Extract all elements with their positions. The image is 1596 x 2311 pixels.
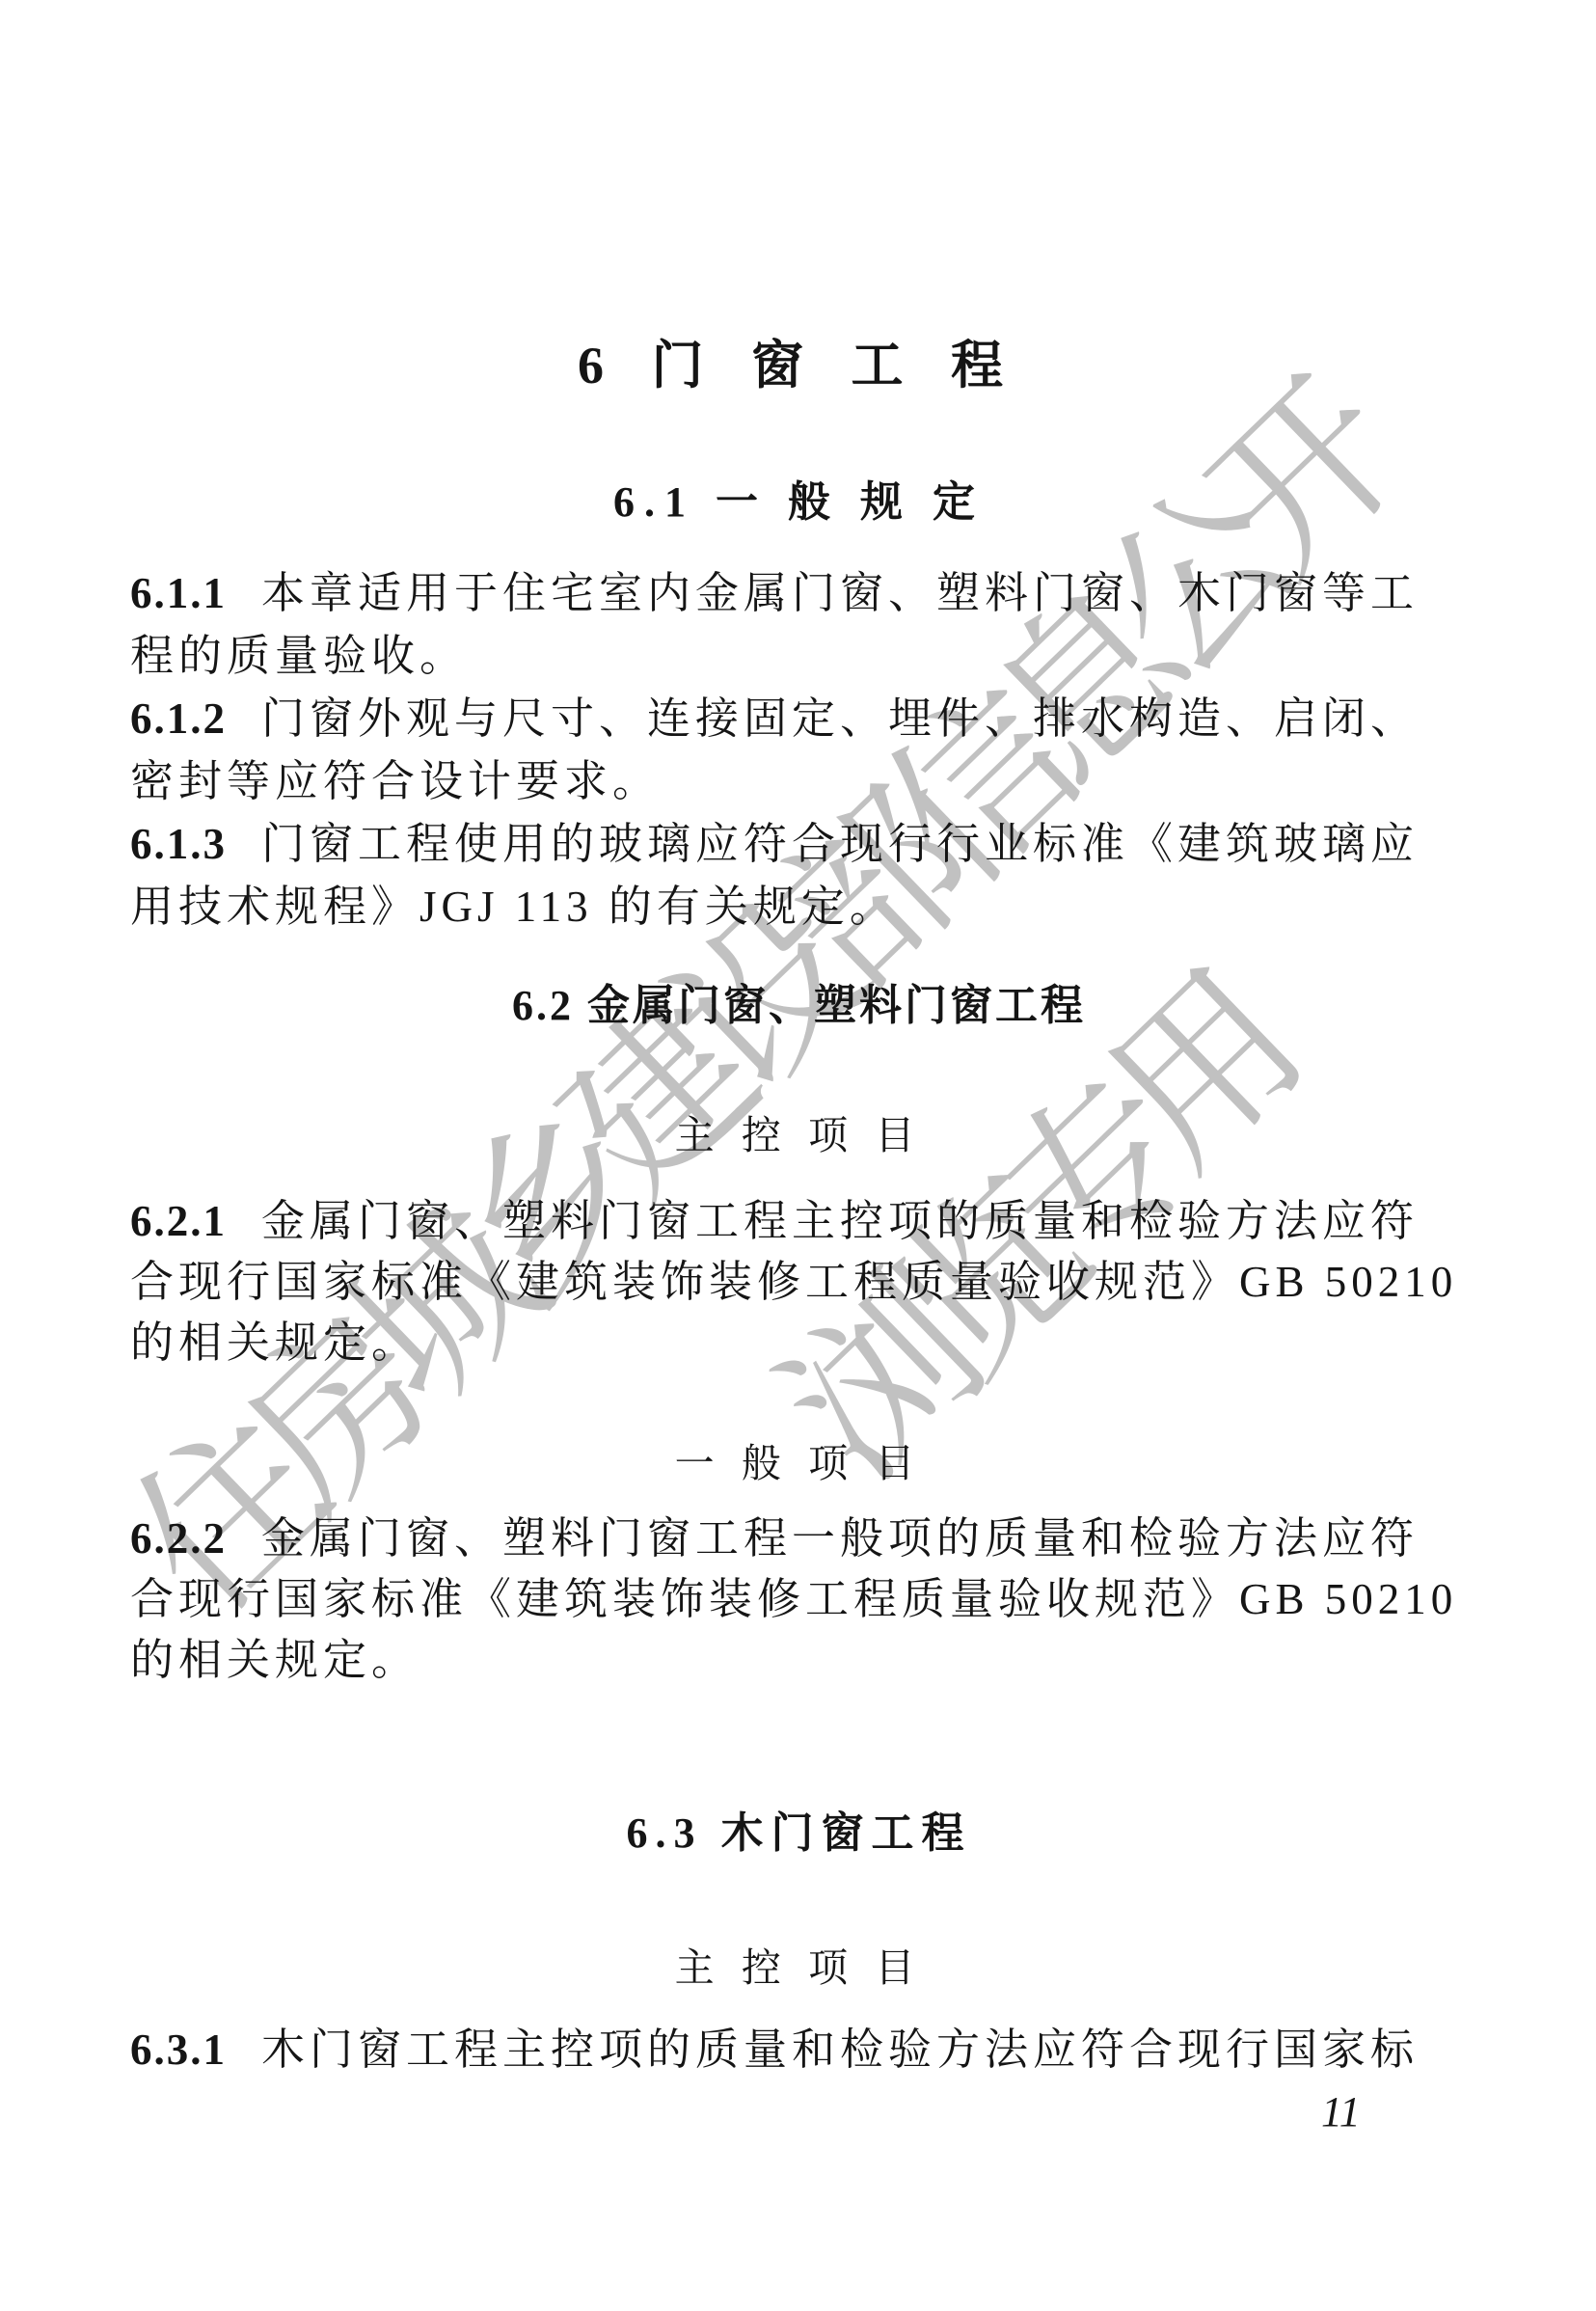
section-6-2-heading: 6.2 金属门窗、塑料门窗工程	[130, 970, 1468, 1032]
clause-6-1-3: 6.1.3门窗工程使用的玻璃应符合现行行业标准《建筑玻璃应 用技术规程》JGJ …	[130, 813, 1468, 938]
clause-6-1-2-text: 门窗外观与尺寸、连接固定、埋件、排水构造、启闭、	[261, 694, 1419, 743]
clause-6-1-1-line-2: 程的质量验收。	[130, 625, 1468, 688]
clause-6-1-3-line-2: 用技术规程》JGJ 113 的有关规定。	[130, 876, 1468, 938]
chapter-title: 6 门 窗 工 程	[130, 324, 1468, 398]
clause-6-2-1-text: 金属门窗、塑料门窗工程主控项的质量和检验方法应符	[261, 1197, 1419, 1245]
clause-6-2-1: 6.2.1金属门窗、塑料门窗工程主控项的质量和检验方法应符 合现行国家标准《建筑…	[130, 1191, 1468, 1373]
section-6-2-subhead-general: 一 般 项 目	[130, 1431, 1468, 1488]
clause-6-3-1-line-1: 6.3.1木门窗工程主控项的质量和检验方法应符合现行国家标	[130, 2019, 1468, 2081]
clause-6-1-3-text: 门窗工程使用的玻璃应符合现行行业标准《建筑玻璃应	[261, 820, 1419, 868]
clause-6-1-1-text: 本章适用于住宅室内金属门窗、塑料门窗、木门窗等工	[261, 569, 1419, 617]
clause-6-2-2-line-2: 合现行国家标准《建筑装饰装修工程质量验收规范》GB 50210	[130, 1569, 1468, 1630]
page-number: 11	[1321, 2087, 1361, 2136]
clause-6-3-1: 6.3.1木门窗工程主控项的质量和检验方法应符合现行国家标	[130, 2019, 1468, 2081]
clause-6-2-1-line-3: 的相关规定。	[130, 1313, 1468, 1373]
clause-6-2-1-number: 6.2.1	[130, 1197, 227, 1245]
clause-6-2-1-line-2: 合现行国家标准《建筑装饰装修工程质量验收规范》GB 50210	[130, 1252, 1468, 1313]
clause-6-2-1-line-1: 6.2.1金属门窗、塑料门窗工程主控项的质量和检验方法应符	[130, 1191, 1468, 1252]
clause-6-1-2: 6.1.2门窗外观与尺寸、连接固定、埋件、排水构造、启闭、 密封等应符合设计要求…	[130, 688, 1468, 813]
clause-6-2-2-number: 6.2.2	[130, 1514, 227, 1563]
clause-6-1-2-number: 6.1.2	[130, 694, 227, 743]
clause-6-1-3-line-1: 6.1.3门窗工程使用的玻璃应符合现行行业标准《建筑玻璃应	[130, 813, 1468, 876]
section-6-1-heading: 6.1 一 般 规 定	[130, 467, 1468, 529]
clause-6-1-2-line-1: 6.1.2门窗外观与尺寸、连接固定、埋件、排水构造、启闭、	[130, 688, 1468, 750]
section-6-3-subhead-main-control: 主 控 项 目	[130, 1936, 1468, 1993]
clause-6-3-1-text: 木门窗工程主控项的质量和检验方法应符合现行国家标	[261, 2026, 1419, 2074]
document-page: 住房城乡建设部信息公开 浏览专用 6 门 窗 工 程 6.1 一 般 规 定 6…	[0, 0, 1596, 2311]
clause-6-2-2-text: 金属门窗、塑料门窗工程一般项的质量和检验方法应符	[261, 1514, 1419, 1563]
clause-6-3-1-number: 6.3.1	[130, 2026, 227, 2074]
section-6-3-heading: 6.3 木门窗工程	[130, 1798, 1468, 1860]
section-6-2-subhead-main-control: 主 控 项 目	[130, 1103, 1468, 1160]
clause-6-1-1: 6.1.1本章适用于住宅室内金属门窗、塑料门窗、木门窗等工 程的质量验收。	[130, 562, 1468, 688]
clause-6-2-2: 6.2.2金属门窗、塑料门窗工程一般项的质量和检验方法应符 合现行国家标准《建筑…	[130, 1509, 1468, 1691]
clause-6-1-1-number: 6.1.1	[130, 569, 227, 617]
clause-6-2-2-line-1: 6.2.2金属门窗、塑料门窗工程一般项的质量和检验方法应符	[130, 1509, 1468, 1569]
clause-6-1-2-line-2: 密封等应符合设计要求。	[130, 750, 1468, 813]
clause-6-1-3-number: 6.1.3	[130, 820, 227, 868]
clause-6-1-1-line-1: 6.1.1本章适用于住宅室内金属门窗、塑料门窗、木门窗等工	[130, 562, 1468, 625]
clause-6-2-2-line-3: 的相关规定。	[130, 1630, 1468, 1691]
